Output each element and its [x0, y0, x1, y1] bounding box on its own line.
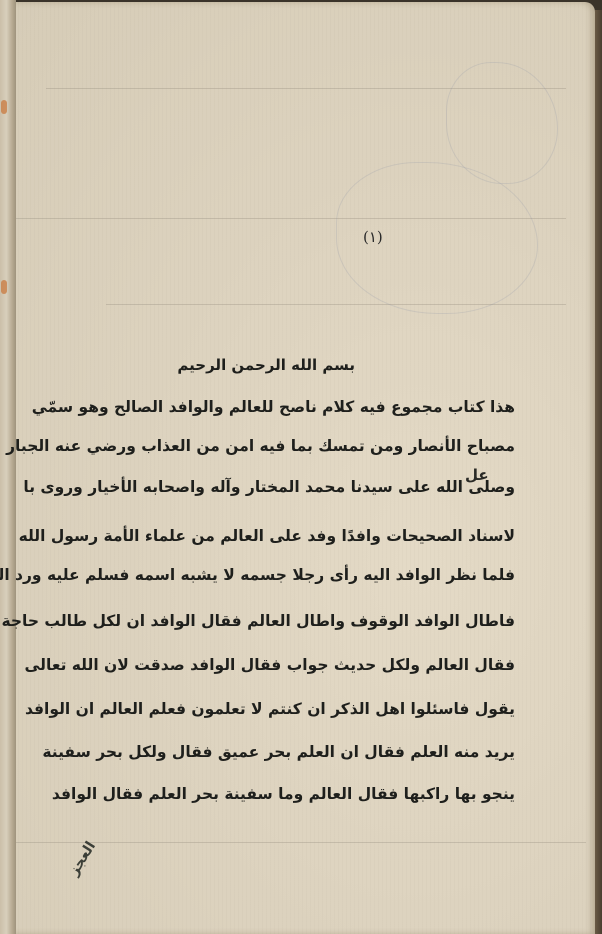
folio-number: (١) [363, 228, 383, 246]
text-line: فقال العالم ولكل حديث جواب فقال الوافد ص… [25, 656, 516, 674]
basmala-heading: بسم الله الرحمن الرحيم [215, 356, 355, 374]
text-line: هذا كتاب مجموع فيه كلام ناصح للعالم والو… [32, 398, 515, 416]
text-line: يريد منه العلم فقال ان العلم بحر عميق فق… [42, 743, 515, 761]
binding-edge [0, 0, 16, 934]
text-line: فاطال الوافد الوقوف واطال العالم فقال ال… [1, 612, 515, 630]
ruling-line [106, 304, 566, 305]
text-line: فلما نظر الوافد اليه رأى رجلا جسمه لا يش… [0, 566, 515, 584]
show-through-sketch [446, 62, 558, 184]
manuscript-scan: (١) بسم الله الرحمن الرحيم هذا كتاب مجمو… [0, 0, 602, 934]
text-line: لاسناد الصحيحات وافدًا وفد على العالم من… [19, 527, 515, 545]
book-cover-edge [595, 10, 602, 934]
margin-note: عل [465, 466, 489, 484]
text-line: مصباح الأنصار ومن تمسك بما فيه امن من ال… [6, 437, 515, 455]
stain [1, 280, 7, 294]
text-line: وصلى الله على سيدنا محمد المختار وآله وا… [23, 478, 515, 496]
text-line: ينجو بها راكبها فقال العالم وما سفينة بح… [52, 785, 515, 803]
stain [1, 100, 7, 114]
text-line: يقول فاسئلوا اهل الذكر ان كنتم لا تعلمون… [25, 700, 515, 718]
